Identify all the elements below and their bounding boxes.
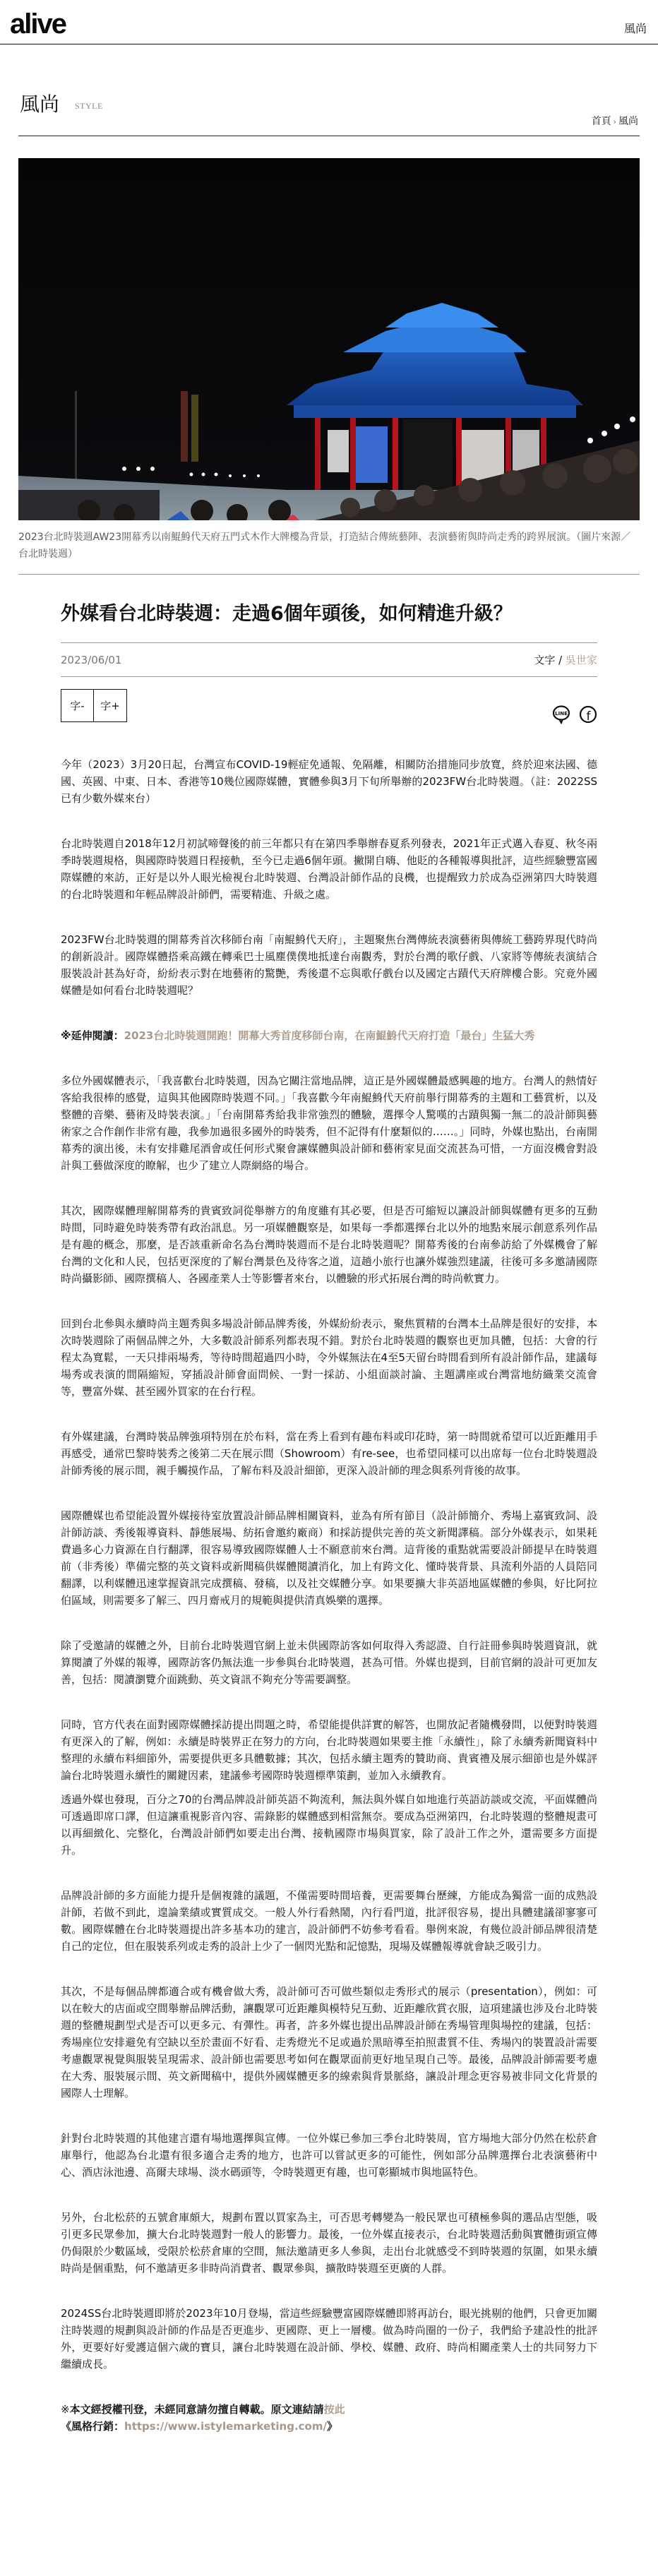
publish-date: 2023/06/01 <box>61 654 121 666</box>
svg-text:f: f <box>587 709 592 724</box>
bottom-spacer <box>61 2435 597 2484</box>
author-link[interactable]: 吳世家 <box>566 654 597 666</box>
original-link[interactable]: 按此 <box>324 2403 345 2416</box>
hero-figure: 2023台北時裝週AW23開幕秀以南鯤鯓代天府五門式木作大牌樓為背景，打造結合傳… <box>0 158 658 575</box>
font-decrease-button[interactable]: 字- <box>61 689 94 722</box>
hero-caption: 2023台北時裝週AW23開幕秀以南鯤鯓代天府五門式木作大牌樓為背景，打造結合傳… <box>18 529 640 575</box>
source-credit: 《風格行銷：https://www.istylemarketing.com/》 <box>61 2418 597 2435</box>
breadcrumb-home[interactable]: 首頁 <box>592 116 611 127</box>
paragraph: 除了受邀請的媒體之外，目前台北時裝週官網上並未供國際訪客如何取得入秀認證、自行註… <box>61 1637 597 1688</box>
section-subtitle: STYLE <box>75 101 103 112</box>
breadcrumb: 首頁›風尚 <box>592 114 638 128</box>
paragraph: 另外，台北松菸的五號倉庫頗大，規劃布置以買家為主，可否思考轉變為一般民眾也可積極… <box>61 2209 597 2277</box>
breadcrumb-separator: › <box>614 117 616 126</box>
related-reading-link[interactable]: 2023台北時裝週開跑！開幕大秀首度移師台南，在南鯤鯓代天府打造「最台」生猛大秀 <box>124 1029 535 1042</box>
article-meta: 2023/06/01 文字 / 吳世家 <box>61 643 597 677</box>
article: 外媒看台北時裝週：走過6個年頭後，如何精進升級？ 2023/06/01 文字 /… <box>61 600 597 2484</box>
source-url-link[interactable]: https://www.istylemarketing.com/ <box>124 2420 327 2433</box>
share-buttons: LINE f <box>552 705 597 724</box>
hero-image <box>18 158 640 520</box>
paragraph: 針對台北時裝週的其他建言還有場地選擇與宣傳。一位外媒已參加三季台北時裝周，官方場… <box>61 2130 597 2181</box>
font-increase-button[interactable]: 字+ <box>94 689 127 722</box>
section-title: 風尚 <box>20 89 59 117</box>
nav-item-style[interactable]: 風尚 <box>624 20 647 36</box>
facebook-share-icon[interactable]: f <box>579 705 597 724</box>
paragraph: 其次，不是每個品牌都適合或有機會做大秀，設計師可否可做些類似走秀形式的展示（pr… <box>61 1983 597 2102</box>
article-body: 今年（2023）3月20日起，台灣宣布COVID-19輕症免通報、免隔離，相關防… <box>61 756 597 2435</box>
paragraph: 品牌設計師的多方面能力提升是個複雜的議題，不僅需要時間培養，更需要舞台歷練，方能… <box>61 1887 597 1955</box>
paragraph: 回到台北參與永續時尚主題秀與多場設計師品牌秀後，外媒紛紛表示，聚焦質精的台灣本土… <box>61 1315 597 1400</box>
byline: 文字 / 吳世家 <box>534 652 597 667</box>
paragraph: 台北時裝週自2018年12月初試啼聲後的前三年都只有在第四季舉辦春夏系列發表，2… <box>61 835 597 903</box>
site-logo[interactable]: alive <box>10 7 66 41</box>
svg-text:LINE: LINE <box>555 711 568 717</box>
site-header: alive 風尚 <box>0 0 658 44</box>
source-label: 風格行銷： <box>71 2420 124 2433</box>
source-open: 《 <box>61 2420 71 2433</box>
related-reading-label: ※延伸閱讀： <box>61 1029 124 1042</box>
breadcrumb-style[interactable]: 風尚 <box>618 116 638 127</box>
article-title: 外媒看台北時裝週：走過6個年頭後，如何精進升級？ <box>61 600 597 643</box>
byline-label: 文字 / <box>534 654 566 666</box>
paragraph: 同時，官方代表在面對國際媒體採訪提出問題之時，希望能提供詳實的解答，也開放記者隨… <box>61 1716 597 1784</box>
notice-text: 本文經授權刊登，未經同意請勿擅自轉載。原文連結請 <box>70 2403 324 2416</box>
notice-prefix: ※ <box>61 2403 70 2416</box>
paragraph: 2023FW台北時裝週的開幕秀首次移師台南「南鯤鯓代天府」，主題聚焦台灣傳統表演… <box>61 931 597 999</box>
paragraph: 多位外國媒體表示，「我喜歡台北時裝週，因為它關注當地品牌，這正是外國媒體最感興趣… <box>61 1072 597 1174</box>
paragraph: 國際體媒也希望能設置外媒接待室放置設計師品牌相關資料，並為有所有節目（設計師簡介… <box>61 1507 597 1609</box>
hero-photo-illustration <box>18 158 640 520</box>
paragraph: 今年（2023）3月20日起，台灣宣布COVID-19輕症免通報、免隔離，相關防… <box>61 756 597 807</box>
section-header: 風尚 STYLE 首頁›風尚 <box>18 44 640 136</box>
related-reading: ※延伸閱讀：2023台北時裝週開跑！開幕大秀首度移師台南，在南鯤鯓代天府打造「最… <box>61 1027 597 1044</box>
line-share-icon[interactable]: LINE <box>552 705 570 724</box>
source-close: 》 <box>327 2420 337 2433</box>
paragraph: 其次，國際媒體理解開幕秀的貴賓致詞從舉辦方的角度雖有其必要，但是否可縮短以讓設計… <box>61 1202 597 1287</box>
paragraph: 有外媒建議，台灣時裝品牌強項特別在於布料，當在秀上看到有趣布料或印花時，第一時間… <box>61 1428 597 1479</box>
article-tools: 字- 字+ LINE f <box>61 689 597 728</box>
paragraph: 2024SS台北時裝週即將於2023年10月登場，當這些經驗豐富國際媒體即將再訪… <box>61 2305 597 2373</box>
font-size-controls: 字- 字+ <box>61 689 127 722</box>
copyright-notice: ※本文經授權刊登，未經同意請勿擅自轉載。原文連結請按此 <box>61 2401 597 2418</box>
paragraph: 透過外媒也發現，百分之70的台灣品牌設計師英語不夠流利，無法與外媒自如地進行英語… <box>61 1791 597 1859</box>
